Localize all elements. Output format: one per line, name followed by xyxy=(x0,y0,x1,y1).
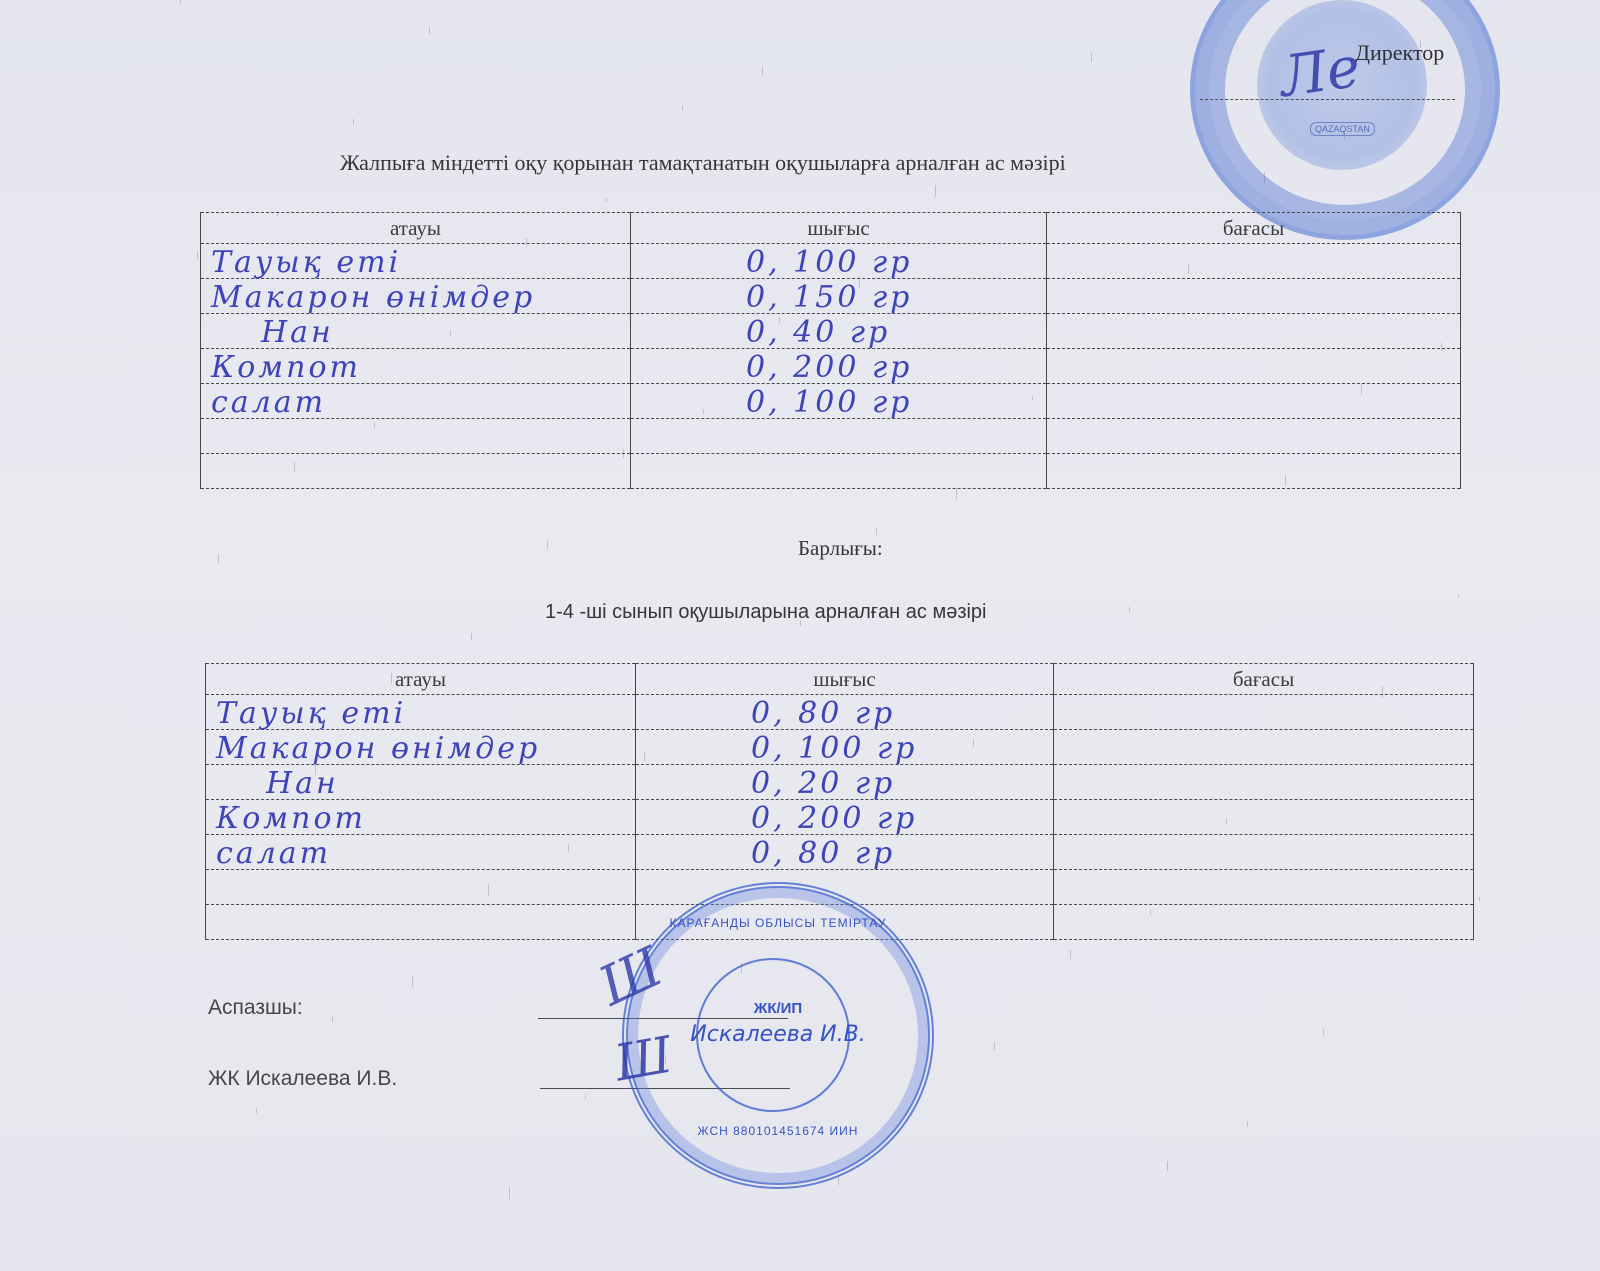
photocopy-artifact xyxy=(956,488,957,500)
item-price xyxy=(1047,349,1461,384)
photocopy-artifact xyxy=(1264,172,1265,183)
photocopy-artifact xyxy=(1458,594,1459,598)
column-header-price: бағасы xyxy=(1054,664,1474,695)
item-name: Нан xyxy=(206,765,636,800)
column-header-amount: шығыс xyxy=(631,213,1047,244)
item-amount: 0, 80 гр xyxy=(636,695,1054,730)
photocopy-artifact xyxy=(1032,396,1033,400)
photocopy-artifact xyxy=(294,462,295,472)
item-name: салат xyxy=(201,384,631,419)
table-row: Тауық еті0, 80 гр xyxy=(206,695,1474,730)
photocopy-artifact xyxy=(1070,950,1071,959)
photocopy-artifact xyxy=(180,0,181,4)
menu-2-title: 1-4 -ші сынып оқушыларына арналған ас мә… xyxy=(545,601,987,624)
photocopy-artifact xyxy=(235,805,236,810)
photocopy-artifact xyxy=(509,1187,510,1199)
table-row: Компот0, 200 гр xyxy=(201,349,1461,384)
photocopy-artifact xyxy=(1344,132,1345,139)
photocopy-artifact xyxy=(1091,53,1092,62)
item-amount xyxy=(631,454,1047,489)
cook-label: Аспазшы: xyxy=(208,996,303,1020)
table-row: Макарон өнімдер0, 150 гр xyxy=(201,279,1461,314)
director-signature: Ле xyxy=(1276,35,1364,110)
item-amount: 0, 100 гр xyxy=(631,244,1047,279)
item-price xyxy=(1054,905,1474,940)
item-name: Макарон өнімдер xyxy=(201,279,631,314)
item-price xyxy=(1047,314,1461,349)
item-price xyxy=(1054,730,1474,765)
photocopy-artifact xyxy=(1247,1121,1248,1127)
column-header-name: атауы xyxy=(206,664,636,695)
item-name xyxy=(206,870,636,905)
total-label: Барлығы: xyxy=(798,536,883,561)
photocopy-artifact xyxy=(606,198,607,202)
item-name: Компот xyxy=(206,800,636,835)
photocopy-artifact xyxy=(1382,686,1383,698)
item-amount xyxy=(631,419,1047,454)
item-name: Тауық еті xyxy=(206,695,636,730)
item-price xyxy=(1054,765,1474,800)
photocopy-artifact xyxy=(256,1108,257,1113)
photocopy-artifact xyxy=(277,211,278,216)
item-name xyxy=(201,419,631,454)
photocopy-artifact xyxy=(315,765,316,775)
photocopy-artifact xyxy=(1150,910,1151,915)
photocopy-artifact xyxy=(703,409,704,414)
item-price xyxy=(1054,695,1474,730)
item-price xyxy=(1047,244,1461,279)
item-name: Нан xyxy=(201,314,631,349)
photocopy-artifact xyxy=(1226,818,1227,824)
photocopy-artifact xyxy=(1285,475,1286,486)
photocopy-artifact xyxy=(665,1055,666,1064)
photocopy-artifact xyxy=(644,752,645,761)
item-name: Макарон өнімдер xyxy=(206,730,636,765)
photocopy-artifact xyxy=(1188,264,1189,274)
photocopy-artifact xyxy=(526,238,527,246)
item-name xyxy=(206,905,636,940)
item-price xyxy=(1054,835,1474,870)
stamp-iin: ЖСН 880101451674 ИИН xyxy=(628,1124,928,1138)
photocopy-artifact xyxy=(1129,607,1130,612)
item-amount: 0, 80 гр xyxy=(636,835,1054,870)
entrepreneur-stamp: КАРАҒАНДЫ ОБЛЫСЫ ТЕМІРТАУ ЖК/ИП Искалеев… xyxy=(622,882,934,1189)
photocopy-artifact xyxy=(897,831,898,838)
item-amount: 0, 200 гр xyxy=(631,349,1047,384)
photocopy-artifact xyxy=(741,963,742,973)
photocopy-artifact xyxy=(1361,383,1362,395)
menu-1-title: Жалпыға міндетті оқу қорынан тамақтанаты… xyxy=(340,150,1066,176)
photocopy-artifact xyxy=(332,1016,333,1022)
photocopy-artifact xyxy=(374,422,375,428)
photocopy-artifact xyxy=(935,185,936,197)
entrepreneur-label: ЖК Искалеева И.В. xyxy=(208,1067,397,1091)
column-header-name: атауы xyxy=(201,213,631,244)
photocopy-artifact xyxy=(471,633,472,640)
photocopy-artifact xyxy=(859,277,860,288)
table-row: салат0, 100 гр xyxy=(201,384,1461,419)
document-page: QAZAQSTAN Директор Ле Жалпыға міндетті о… xyxy=(0,0,1600,1271)
photocopy-artifact xyxy=(876,528,877,535)
photocopy-artifact xyxy=(623,449,624,458)
photocopy-artifact xyxy=(450,330,451,337)
photocopy-artifact xyxy=(762,66,763,76)
table-row: Нан0, 40 гр xyxy=(201,314,1461,349)
stamp-badge: QAZAQSTAN xyxy=(1310,122,1375,136)
stamp-holder-name: Искалеева И.В. xyxy=(628,1022,928,1047)
photocopy-artifact xyxy=(585,1095,586,1099)
photocopy-artifact xyxy=(391,673,392,684)
photocopy-artifact xyxy=(779,317,780,323)
photocopy-artifact xyxy=(547,541,548,549)
item-price xyxy=(1047,419,1461,454)
item-price xyxy=(1047,279,1461,314)
table-row: Нан0, 20 гр xyxy=(206,765,1474,800)
table-row xyxy=(201,454,1461,489)
item-name: салат xyxy=(206,835,636,870)
table-row: салат0, 80 гр xyxy=(206,835,1474,870)
photocopy-artifact xyxy=(1167,1161,1168,1171)
photocopy-artifact xyxy=(1053,699,1054,703)
item-price xyxy=(1047,384,1461,419)
stamp-region-text: КАРАҒАНДЫ ОБЛЫСЫ ТЕМІРТАУ xyxy=(628,916,928,930)
photocopy-artifact xyxy=(1479,897,1480,901)
photocopy-artifact xyxy=(429,27,430,34)
photocopy-artifact xyxy=(488,884,489,896)
photocopy-artifact xyxy=(218,554,219,563)
table-header-row: атауы шығыс бағасы xyxy=(201,213,1461,244)
photocopy-artifact xyxy=(568,844,569,852)
photocopy-artifact xyxy=(973,739,974,747)
column-header-price: бағасы xyxy=(1047,213,1461,244)
menu-1-table: атауы шығыс бағасы Тауық еті0, 100 грМак… xyxy=(200,212,1461,489)
photocopy-artifact xyxy=(353,119,354,125)
item-amount: 0, 100 гр xyxy=(636,730,1054,765)
stamp-type: ЖК/ИП xyxy=(628,1000,928,1017)
item-amount: 0, 40 гр xyxy=(631,314,1047,349)
photocopy-artifact xyxy=(1441,343,1442,351)
item-amount: 0, 100 гр xyxy=(631,384,1047,419)
item-price xyxy=(1054,870,1474,905)
photocopy-artifact xyxy=(197,251,198,260)
item-price xyxy=(1054,800,1474,835)
photocopy-artifact xyxy=(682,106,683,111)
table-row xyxy=(201,419,1461,454)
item-amount: 0, 20 гр xyxy=(636,765,1054,800)
photocopy-artifact xyxy=(1420,40,1421,48)
column-header-amount: шығыс xyxy=(636,664,1054,695)
photocopy-artifact xyxy=(994,1042,995,1050)
table-row: Макарон өнімдер0, 100 гр xyxy=(206,730,1474,765)
photocopy-artifact xyxy=(412,976,413,987)
item-price xyxy=(1047,454,1461,489)
approver-title: Директор xyxy=(1355,40,1444,66)
item-name: Компот xyxy=(201,349,631,384)
item-amount: 0, 150 гр xyxy=(631,279,1047,314)
item-amount: 0, 200 гр xyxy=(636,800,1054,835)
table-row: Тауық еті0, 100 гр xyxy=(201,244,1461,279)
table-header-row: атауы шығыс бағасы xyxy=(206,664,1474,695)
item-name xyxy=(201,454,631,489)
photocopy-artifact xyxy=(838,1174,839,1185)
table-row: Компот0, 200 гр xyxy=(206,800,1474,835)
entrepreneur-signature: Ш xyxy=(610,1025,676,1092)
item-name: Тауық еті xyxy=(201,244,631,279)
photocopy-artifact xyxy=(800,620,801,626)
photocopy-artifact xyxy=(1323,1029,1324,1036)
